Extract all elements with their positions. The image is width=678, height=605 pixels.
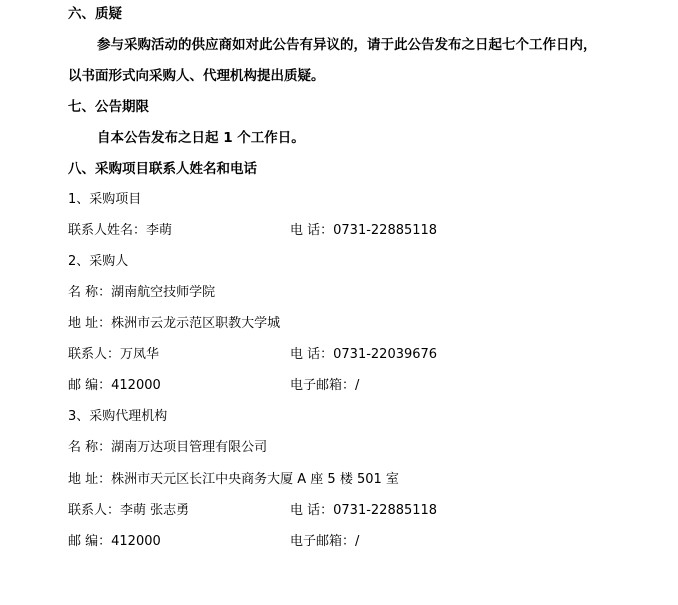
- agency-email: 电子邮箱：/: [290, 532, 359, 552]
- agency-name: 名 称：湖南万达项目管理有限公司: [68, 438, 267, 458]
- project-contact-name: 联系人姓名：李萌: [68, 223, 172, 238]
- subsection-title-agency: 3、采购代理机构: [68, 407, 167, 427]
- purchaser-email: 电子邮箱：/: [290, 376, 359, 396]
- subsection-title-project: 1、采购项目: [68, 190, 141, 210]
- notice-period-paragraph: 自本公告发布之日起 1 个工作日。: [97, 128, 305, 148]
- section-heading-notice-period: 七、公告期限: [68, 97, 149, 117]
- purchaser-contact-row: 联系人：万凤华 电 话：0731-22039676: [68, 345, 159, 365]
- objection-paragraph-line1: 参与采购活动的供应商如对此公告有异议的，请于此公告发布之日起七个工作日内，: [97, 35, 597, 55]
- agency-contact-name: 联系人：李萌 张志勇: [68, 503, 189, 518]
- objection-paragraph-line2: 以书面形式向采购人、代理机构提出质疑。: [68, 66, 325, 86]
- project-contact-row: 联系人姓名：李萌 电 话：0731-22885118: [68, 221, 172, 241]
- purchaser-address: 地 址：株洲市云龙示范区职教大学城: [68, 314, 280, 334]
- section-heading-contacts: 八、采购项目联系人姓名和电话: [68, 159, 257, 179]
- agency-postcode: 邮 编：412000: [68, 534, 161, 549]
- section-heading-objection: 六、质疑: [68, 4, 122, 24]
- agency-postcode-row: 邮 编：412000 电子邮箱：/: [68, 532, 161, 552]
- purchaser-postcode: 邮 编：412000: [68, 378, 161, 393]
- purchaser-name: 名 称：湖南航空技师学院: [68, 283, 215, 303]
- agency-address: 地 址：株洲市天元区长江中央商务大厦 A 座 5 楼 501 室: [68, 470, 399, 490]
- agency-contact-phone: 电 话：0731-22885118: [290, 501, 437, 521]
- purchaser-contact-phone: 电 话：0731-22039676: [290, 345, 437, 365]
- purchaser-postcode-row: 邮 编：412000 电子邮箱：/: [68, 376, 161, 396]
- agency-contact-row: 联系人：李萌 张志勇 电 话：0731-22885118: [68, 501, 189, 521]
- subsection-title-purchaser: 2、采购人: [68, 252, 128, 272]
- project-contact-phone: 电 话：0731-22885118: [290, 221, 437, 241]
- purchaser-contact-name: 联系人：万凤华: [68, 347, 159, 362]
